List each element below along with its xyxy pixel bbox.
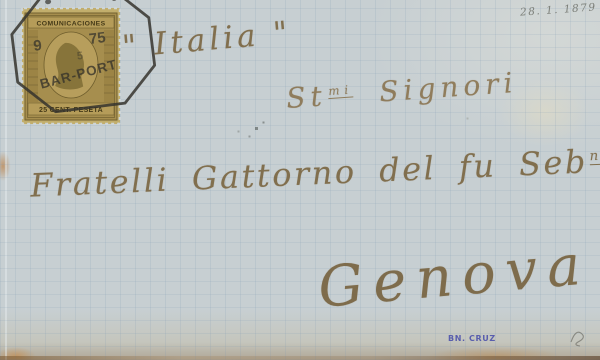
postal-cover: COMUNICACIONES 25 CENT. PESETA 9 75 5: [0, 0, 600, 360]
postmark-day: 9: [32, 37, 42, 55]
pencil-squiggle-mark: [566, 320, 590, 348]
postmark-center-digit: 5: [76, 50, 84, 63]
salutation-superscript: mi: [328, 82, 354, 99]
handwritten-addressee: Fratelli Gattorno del fu Sebno: [29, 141, 600, 204]
handwritten-salutation: StmiSignori: [285, 66, 518, 115]
addressee-superscript: no: [589, 149, 600, 166]
postmark-year: 75: [88, 29, 107, 48]
expert-mark: BN. CRUZ: [448, 334, 496, 343]
addressee-name: Fratelli Gattorno del fu Seb: [29, 142, 588, 204]
ink-speckles: [0, 0, 1, 1]
postmark-illegible-top-text: [44, 0, 117, 9]
pencil-date: 28. 1. 1879: [520, 1, 597, 18]
salutation-word: Signori: [378, 66, 518, 109]
handwritten-city: Genova: [316, 232, 593, 321]
salutation-abbrev: St: [285, 79, 328, 115]
